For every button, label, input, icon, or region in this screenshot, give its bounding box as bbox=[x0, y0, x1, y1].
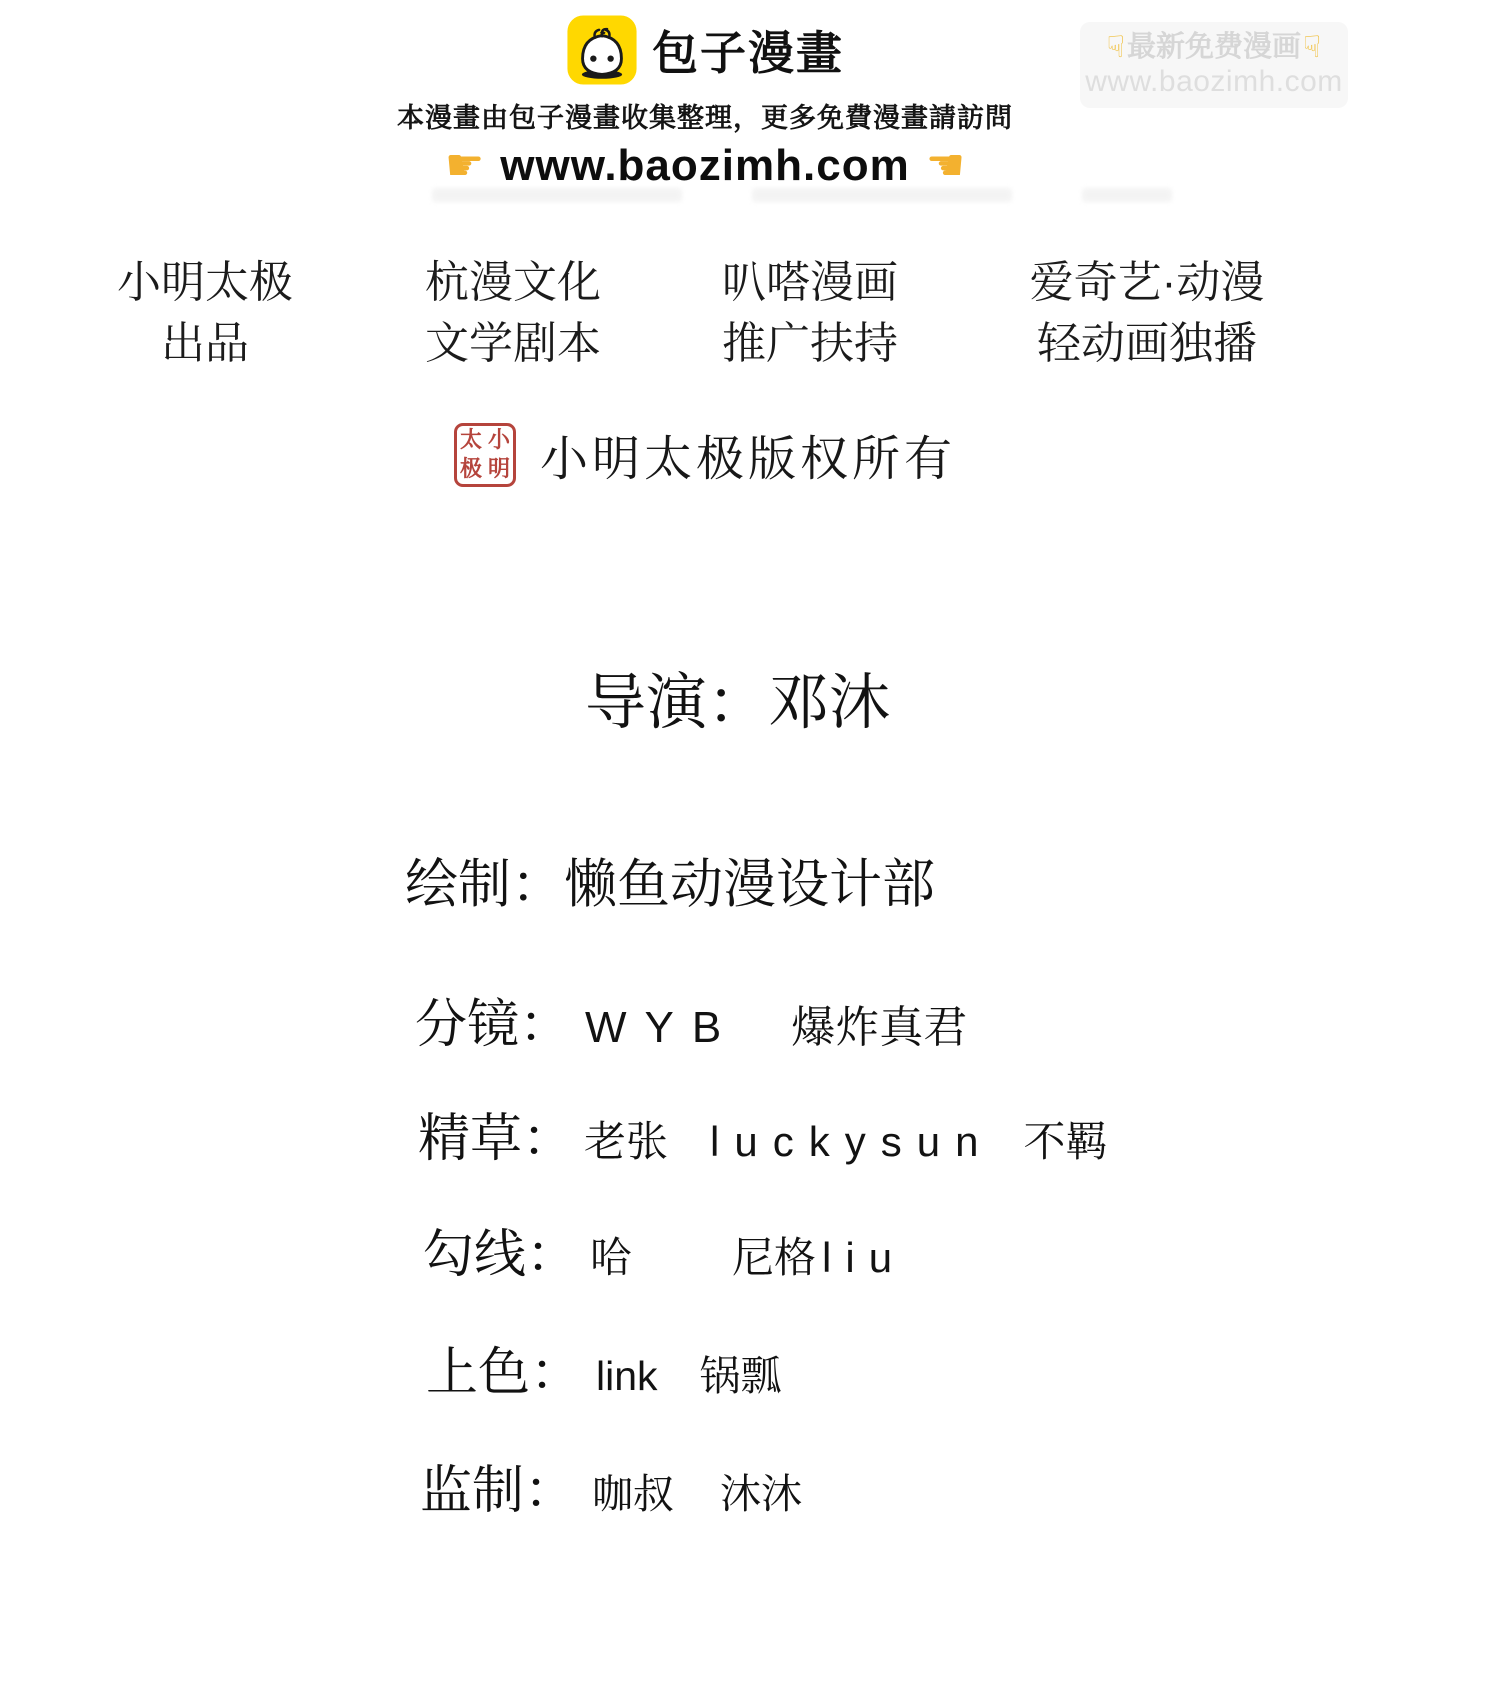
brand-name: 包子漫畫 bbox=[652, 17, 844, 83]
credit-storyboard: 分镜： WYB 爆炸真君 bbox=[415, 982, 967, 1057]
partner-iqiyi-anime: 爱奇艺·动漫 轻动画独播 bbox=[1030, 252, 1265, 374]
credit-name: link bbox=[596, 1353, 658, 1400]
credit-role: 监制： bbox=[420, 1448, 576, 1523]
watermark-title-row: ☟ 最新免费漫画 ☟ bbox=[1107, 31, 1322, 66]
credit-role: 导演： bbox=[585, 654, 768, 741]
partner-bada-manhua: 叭嗒漫画 推广扶持 bbox=[722, 252, 898, 374]
credit-role: 绘制： bbox=[405, 842, 564, 918]
watermark-title: 最新免费漫画 bbox=[1127, 31, 1301, 64]
partner-line1: 小明太极 bbox=[117, 252, 293, 313]
credit-name: luckysun bbox=[710, 1118, 993, 1166]
credit-name: 老张 bbox=[584, 1109, 668, 1169]
credit-role: 上色： bbox=[426, 1330, 582, 1405]
credit-name: 不羁 bbox=[1023, 1109, 1107, 1169]
credit-coloring: 上色： link 锅瓢 bbox=[426, 1330, 782, 1405]
baozi-bun-icon bbox=[566, 14, 638, 86]
site-url-link[interactable]: www.baozimh.com bbox=[500, 141, 909, 191]
credit-name: WYB bbox=[585, 1003, 739, 1053]
credit-supervisor: 监制： 咖叔 沐沐 bbox=[420, 1448, 802, 1523]
credit-role: 分镜： bbox=[415, 982, 571, 1057]
hand-point-right-icon: ☛ bbox=[445, 144, 484, 188]
partner-line2: 轻动画独播 bbox=[1030, 313, 1265, 374]
partner-xiaoming-taiji: 小明太极 出品 bbox=[117, 252, 293, 374]
credit-role: 精草： bbox=[418, 1096, 574, 1171]
hand-point-down-icon: ☟ bbox=[1303, 31, 1321, 66]
credit-name: 咖叔 bbox=[592, 1461, 674, 1520]
credit-name: 哈 bbox=[590, 1225, 632, 1285]
faded-text-remnant bbox=[432, 188, 1302, 204]
watermark-box: ☟ 最新免费漫画 ☟ www.baozimh.com bbox=[1080, 22, 1348, 108]
hand-point-down-icon: ☟ bbox=[1107, 31, 1125, 66]
credit-rough-draft: 精草： 老张 luckysun 不羁 bbox=[418, 1096, 1107, 1171]
partner-columns: 小明太极 出品 杭漫文化 文学剧本 叭嗒漫画 推广扶持 爱奇艺·动漫 轻动画独播 bbox=[0, 252, 1500, 372]
faded-segment bbox=[432, 188, 682, 202]
credit-role: 勾线： bbox=[422, 1212, 578, 1287]
seal-char: 太 bbox=[460, 429, 482, 451]
credit-name: 邓沐 bbox=[768, 654, 890, 741]
red-seal-stamp-icon: 太 小 极 明 bbox=[454, 423, 516, 487]
partner-line2: 文学剧本 bbox=[425, 313, 601, 374]
copyright-text: 小明太极版权所有 bbox=[540, 420, 956, 489]
credit-name: 爆炸真君 bbox=[791, 991, 967, 1055]
partner-line2: 推广扶持 bbox=[722, 313, 898, 374]
faded-segment bbox=[752, 188, 1012, 202]
credit-art: 绘制： 懒鱼动漫设计部 bbox=[405, 842, 935, 918]
partner-line1: 爱奇艺·动漫 bbox=[1030, 252, 1265, 313]
partner-line1: 叭嗒漫画 bbox=[722, 252, 898, 313]
credit-name: 尼格 bbox=[732, 1225, 816, 1285]
credit-inking: 勾线： 哈 尼格 liu bbox=[422, 1212, 906, 1287]
credit-name: liu bbox=[822, 1234, 906, 1282]
partner-line2: 出品 bbox=[117, 313, 293, 374]
seal-char: 明 bbox=[488, 458, 510, 480]
copyright-row: 太 小 极 明 小明太极版权所有 bbox=[0, 420, 1410, 489]
faded-segment bbox=[1082, 188, 1172, 202]
seal-char: 极 bbox=[460, 458, 482, 480]
hand-point-left-icon: ☚ bbox=[926, 144, 965, 188]
credit-name: 懒鱼动漫设计部 bbox=[564, 842, 935, 918]
partner-line1: 杭漫文化 bbox=[425, 252, 601, 313]
watermark-url: www.baozimh.com bbox=[1085, 65, 1343, 100]
credit-director: 导演： 邓沐 bbox=[585, 654, 890, 741]
credit-name: 锅瓢 bbox=[700, 1343, 782, 1402]
credit-name: 沐沐 bbox=[720, 1461, 802, 1520]
seal-char: 小 bbox=[488, 429, 510, 451]
manga-credits-page: 包子漫畫 本漫畫由包子漫畫收集整理，更多免費漫畫請訪問 ☛ www.baozim… bbox=[0, 0, 1500, 1700]
url-row: ☛ www.baozimh.com ☚ bbox=[0, 141, 1410, 191]
partner-hangman-culture: 杭漫文化 文学剧本 bbox=[425, 252, 601, 374]
